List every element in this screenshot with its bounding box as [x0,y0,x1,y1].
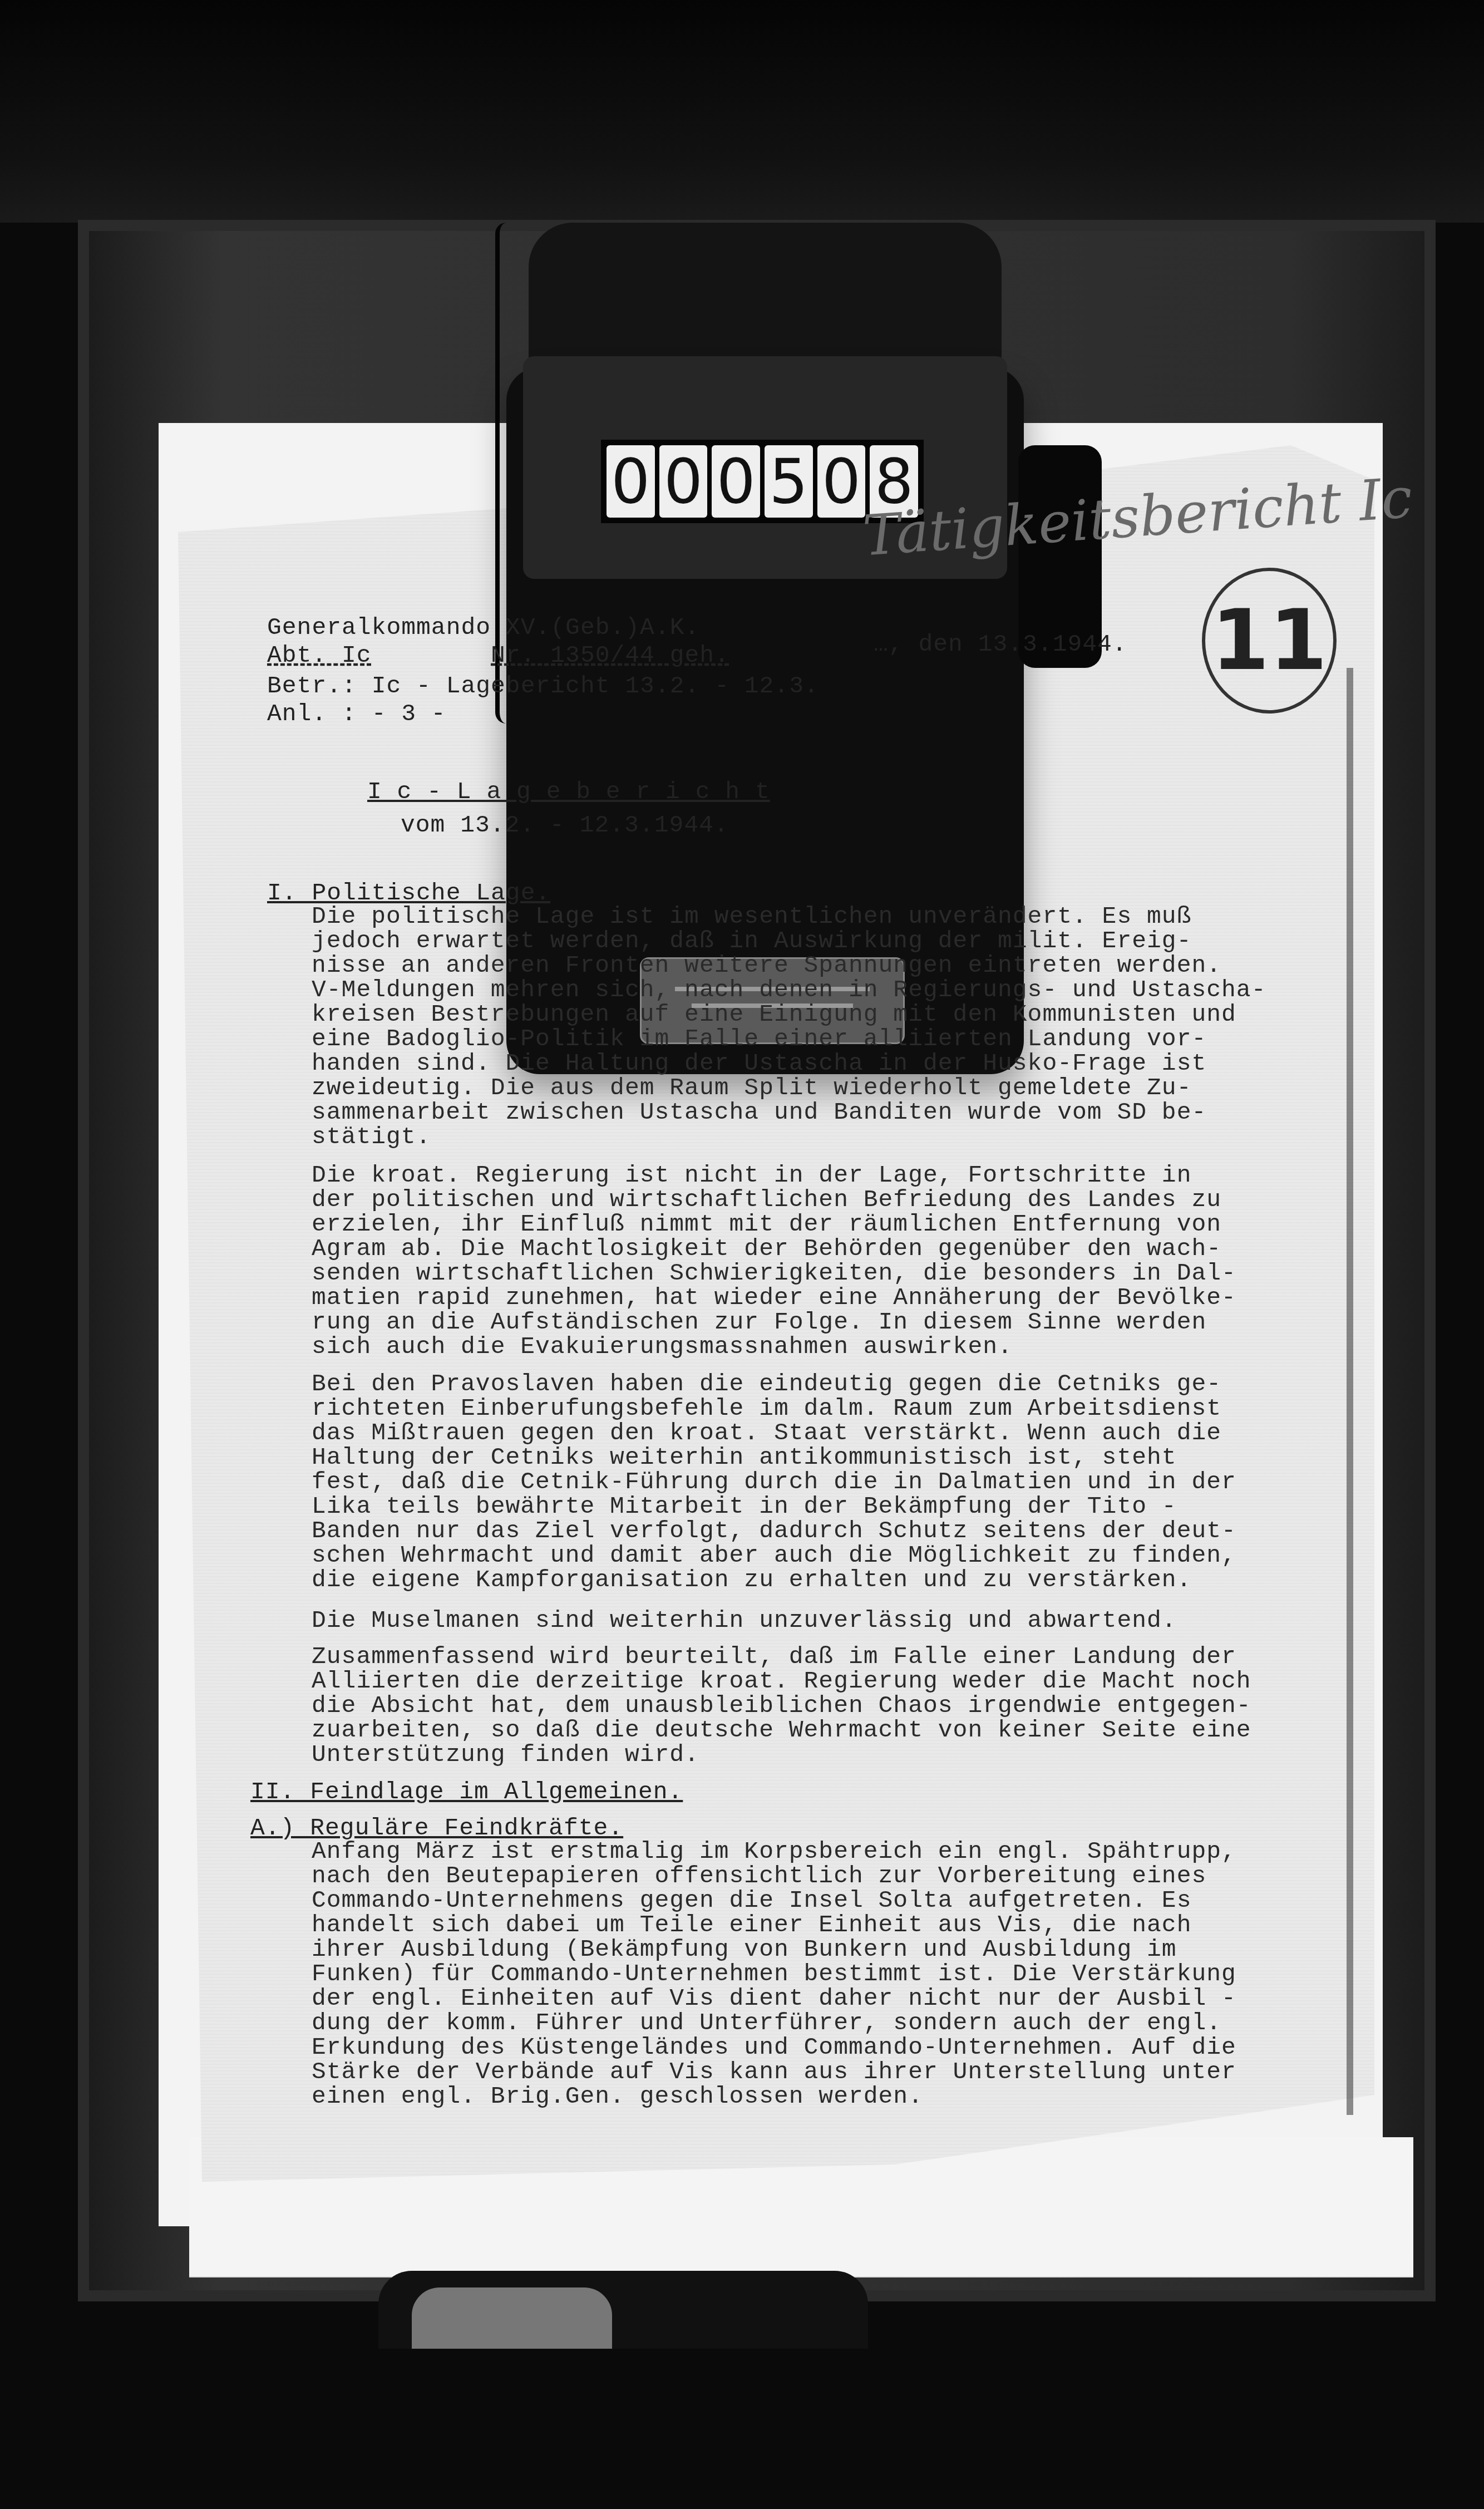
clip-highlight [412,2287,612,2349]
section-heading-enemy: II. Feindlage im Allgemeinen. [250,1778,683,1806]
attachments-line: Anl. : - 3 - [267,698,446,729]
paragraph-political-4: Die Muselmanen sind weiterhin unzuverläs… [312,1608,1369,1633]
subject-line: Betr.: Ic - Lagebericht 13.2. - 12.3. [267,671,819,701]
paragraph-political-1: Die politische Lage ist im wesentlichen … [312,904,1369,1149]
counter-digit: 0 [607,445,655,518]
counter-digit: 5 [765,445,813,518]
counter-digit: 0 [659,445,708,518]
report-period: vom 13.2. - 12.3.1944. [401,810,729,840]
reference-number: Nr. 1350/44 geh. [491,642,729,669]
department-line: Abt. Ic Nr. 1350/44 geh. [267,640,729,671]
report-title: I c - L a g e b e r i c h t [367,776,770,807]
counter-digit: 0 [817,445,866,518]
folio-number: 11 [1211,592,1328,689]
department: Abt. Ic [267,642,372,669]
film-background-top [0,0,1484,223]
folio-number-stamp: 11 [1202,568,1337,714]
paragraph-enemy-1: Anfang März ist erstmalig im Korpsbereic… [312,1839,1369,2109]
paragraph-political-3: Bei den Pravoslaven haben die eindeutig … [312,1372,1369,1592]
sender-line: Generalkommando XV.(Geb.)A.K. [267,612,699,643]
paragraph-political-5: Zusammenfassend wird beurteilt, daß im F… [312,1645,1369,1767]
paragraph-political-2: Die kroat. Regierung ist nicht in der La… [312,1163,1369,1359]
counter-digit: 0 [712,445,760,518]
date-line: …, den 13.3.1944. [874,629,1127,660]
